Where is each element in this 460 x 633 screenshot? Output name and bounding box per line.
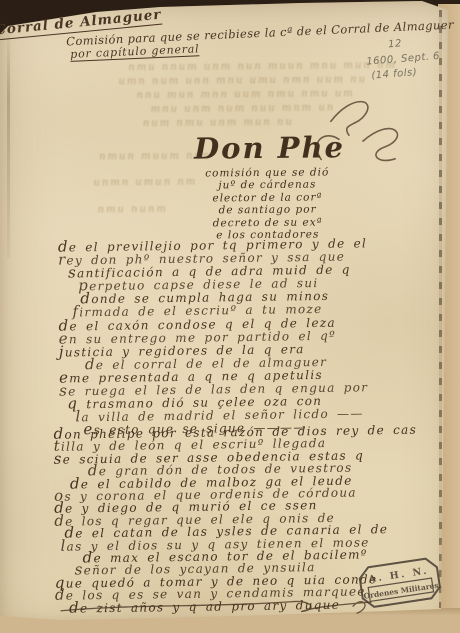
pencil-folio-count: (14 fols) [371, 67, 418, 82]
bleedthrough-line: nmu nunm [98, 204, 168, 216]
closing-rubric-flourish-icon [53, 593, 393, 620]
body-paragraph-1: de el previllejio por tq primero y de el… [58, 237, 369, 436]
invocation-line: elector de la corª [189, 191, 345, 205]
bleedthrough-line: unmn umun nm [93, 177, 197, 189]
pencil-date-note: 1600, Sept. 6 [366, 51, 440, 68]
bleedthrough-line: nmu nnum unm nun muun mnu mun nm [128, 60, 397, 73]
invocation-line: decreto de su exª [190, 216, 346, 230]
invocation-block: comisión que se dió juº de cárdenas elec… [189, 166, 346, 242]
pencil-page-number: 12 [388, 38, 403, 50]
page-content: nmu nnum unm nun muun mnu mun nm umn num… [0, 0, 460, 633]
bleedthrough-line: umn num unn mnu umu nmn uum nu [118, 74, 367, 87]
invocation-line: comisión que se dió [189, 166, 345, 180]
heading-flourish-icon [301, 89, 422, 176]
bleedthrough-line: num nmu unm mun nu [143, 117, 294, 129]
manuscript-scan: nmu nnum unm nun muun mnu mun nm umn num… [0, 0, 460, 633]
